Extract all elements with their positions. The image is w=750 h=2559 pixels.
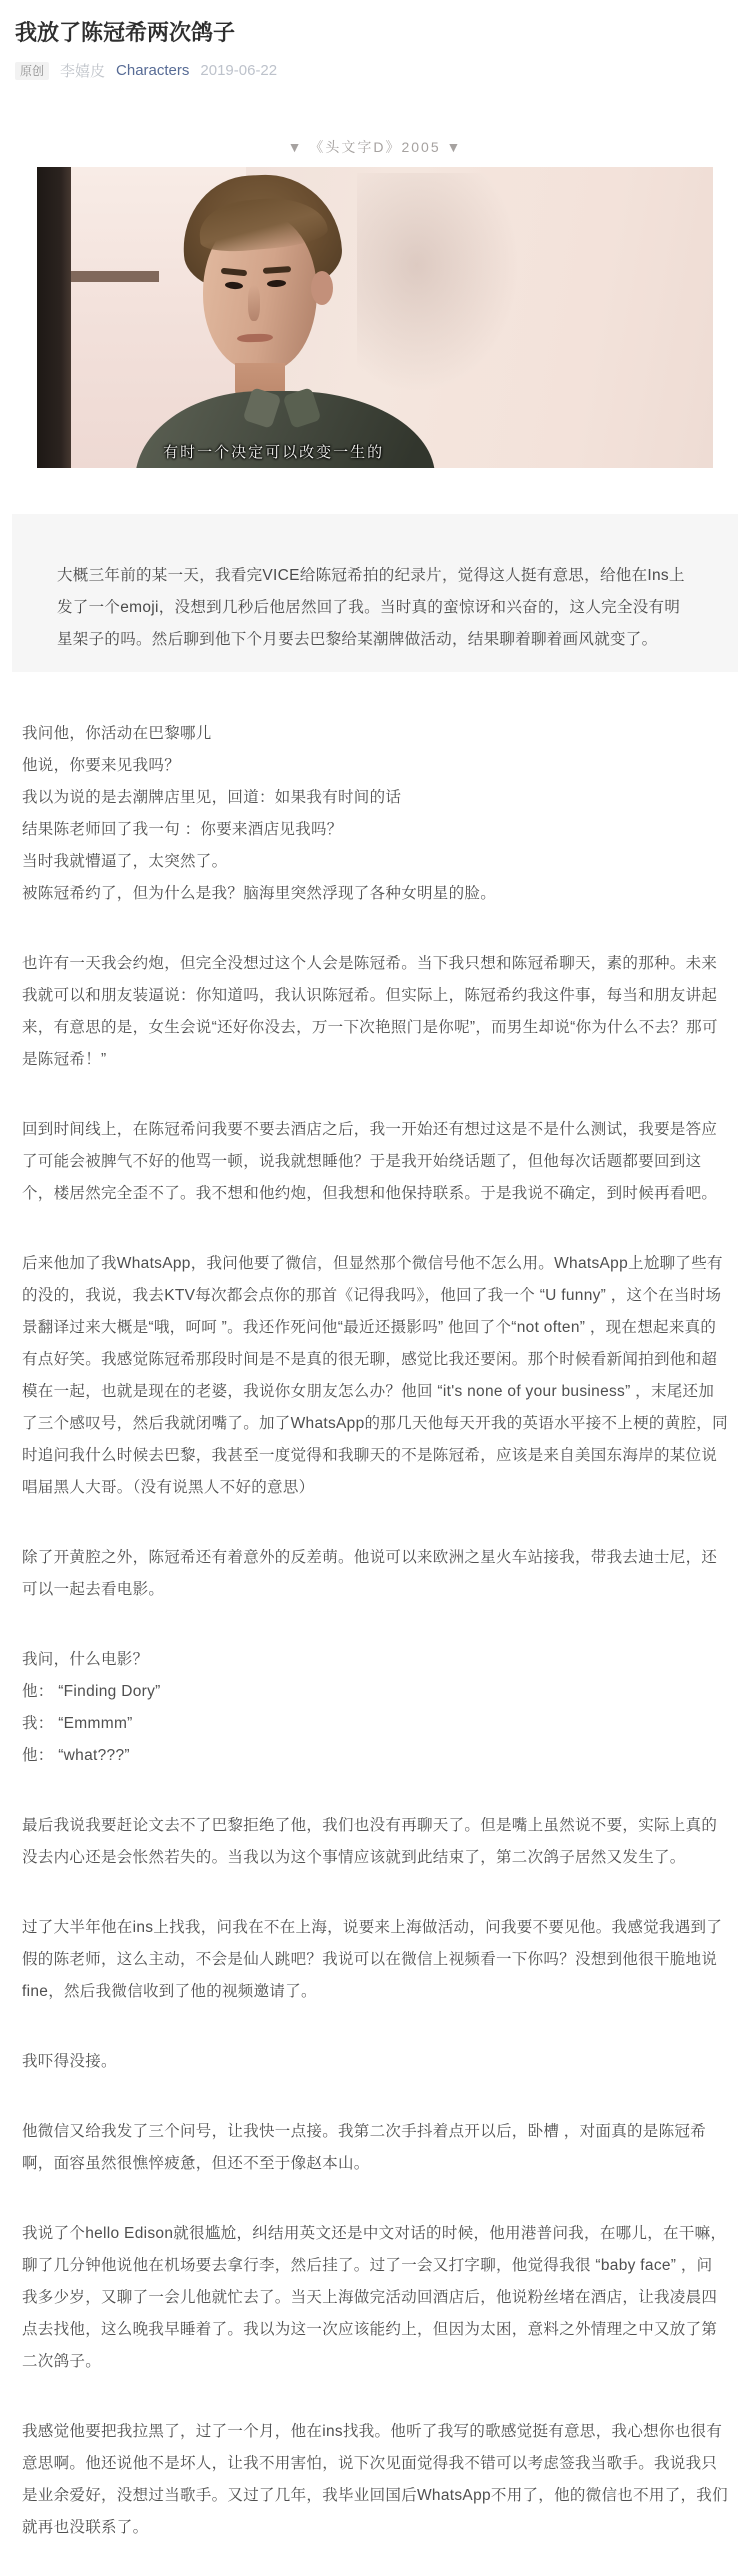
original-badge: 原创 <box>15 62 49 80</box>
body-paragraph: 我问他，你活动在巴黎哪儿他说，你要来见我吗？我以为说的是去潮牌店里见，回道：如果… <box>22 718 728 910</box>
person-nose <box>248 285 260 321</box>
page-title: 我放了陈冠希两次鸽子 <box>15 18 735 48</box>
body-paragraph: 我问，什么电影？他： “Finding Dory”我： “Emmmm”他： “w… <box>22 1644 728 1772</box>
account-link[interactable]: Characters <box>116 62 189 79</box>
intro-quote-box: 大概三年前的某一天，我看完VICE给陈冠希拍的纪录片，觉得这人挺有意思，给他在I… <box>12 514 738 672</box>
figure-caption: ▼ 《头文字D》2005 ▼ <box>0 137 750 157</box>
article-page: 我放了陈冠希两次鸽子 原创 李嬉皮 Characters 2019-06-22 … <box>0 0 750 2558</box>
body-paragraph: 他微信又给我发了三个问号，让我快一点接。我第二次手抖着点开以后，卧槽 ，对面真的… <box>22 2116 728 2180</box>
movie-still-image: 有时一个决定可以改变一生的 <box>37 167 713 468</box>
body-paragraph: 我说了个hello Edison就很尴尬，纠结用英文还是中文对话的时候，他用港普… <box>22 2218 728 2378</box>
body-paragraph: 后来他加了我WhatsApp，我问他要了微信，但显然那个微信号他不怎么用。Wha… <box>22 1248 728 1504</box>
body-paragraph: 最后我说我要赶论文去不了巴黎拒绝了他，我们也没有再聊天了。但是嘴上虽然说不要，实… <box>22 1810 728 1874</box>
body-paragraph: 除了开黄腔之外，陈冠希还有着意外的反差萌。他说可以来欧洲之星火车站接我，带我去迪… <box>22 1542 728 1606</box>
body-paragraph: 我感觉他要把我拉黑了，过了一个月，他在ins找我。他听了我写的歌感觉挺有意思，我… <box>22 2416 728 2544</box>
author-name: 李嬉皮 <box>60 60 105 81</box>
article-body: 我问他，你活动在巴黎哪儿他说，你要来见我吗？我以为说的是去潮牌店里见，回道：如果… <box>0 718 750 2544</box>
byline: 原创 李嬉皮 Characters 2019-06-22 <box>15 60 735 81</box>
movie-subtitle: 有时一个决定可以改变一生的 <box>163 441 384 462</box>
body-paragraph: 回到时间线上，在陈冠希问我要不要去酒店之后，我一开始还有想过这是不是什么测试，我… <box>22 1114 728 1210</box>
publish-date: 2019-06-22 <box>200 62 277 79</box>
body-paragraph: 我吓得没接。 <box>22 2046 728 2078</box>
window-frame-bar <box>71 271 159 282</box>
body-paragraph: 也许有一天我会约炮，但完全没想过这个人会是陈冠希。当下我只想和陈冠希聊天，素的那… <box>22 948 728 1076</box>
body-paragraph: 过了大半年他在ins上找我，问我在不在上海，说要来上海做活动，问我要不要见他。我… <box>22 1912 728 2008</box>
person-ear <box>311 271 333 305</box>
person-figure <box>155 173 405 468</box>
dark-left-frame <box>37 167 71 468</box>
